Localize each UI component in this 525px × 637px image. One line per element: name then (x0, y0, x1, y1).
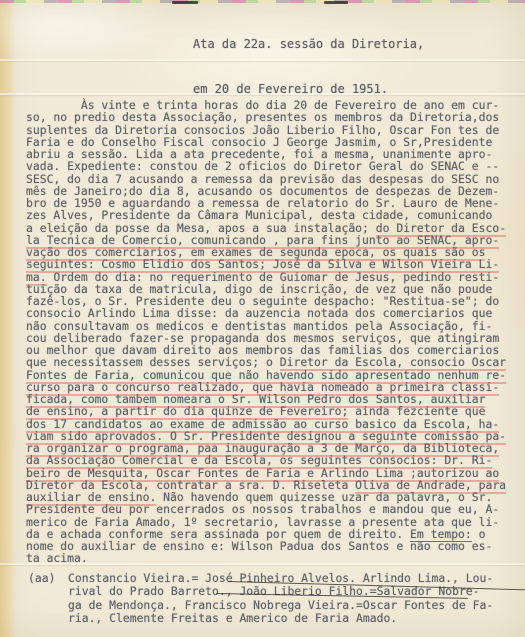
typed-line: dos 17 candidatos ao exame de admissão a… (26, 418, 506, 430)
title-line-2: em 20 de Fevereiro de 1951. (193, 82, 424, 97)
typed-text: nome do auxiliar de ensino e: Wilson Pad… (26, 539, 492, 553)
typed-line: Fontes de Faria, comunicou que não haven… (26, 369, 506, 381)
scan-artifact-dash (172, 1, 198, 4)
typed-line: que necessitassem desses serviços; o Dir… (26, 356, 506, 368)
signature-label: (aa) (28, 572, 55, 585)
scan-artifact-strip (0, 0, 525, 3)
typed-line: nome do auxiliar de ensino e: Wilson Pad… (26, 540, 506, 552)
scan-artifact-dash (324, 1, 348, 4)
body-text: Às vinte e trinta horas do dia 20 de Fev… (26, 99, 506, 565)
typed-line: a eleição da posse da Mesa, apos a sua i… (26, 222, 506, 234)
typed-line: da Associação Comercial e da Escola, os … (26, 454, 506, 466)
title-line-1: Ata da 22a. sessão da Diretoria, (193, 37, 424, 52)
signature-line: ria., Clemente Freitas e Americo de Fari… (68, 612, 493, 625)
typed-line: de ensino, a partir do dia quinze de Fev… (26, 405, 506, 417)
typed-line: ta acima. (26, 552, 506, 564)
typed-text: ta acima. (26, 551, 88, 565)
signature-line: ga de Mendonça., Francisco Nobrega Vieir… (68, 599, 493, 612)
signature-lines: Constancio Vieira.= José Pinheiro Alvelo… (68, 572, 493, 625)
scanned-document-page: Ata da 22a. sessão da Diretoria, em 20 d… (0, 0, 525, 637)
